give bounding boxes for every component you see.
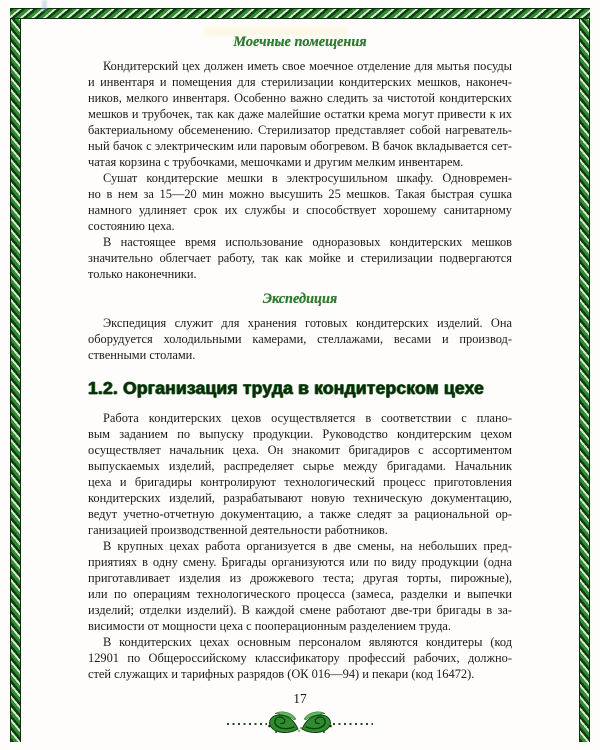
text-line: ников, мелкого инвентаря. Особенно важно… xyxy=(88,90,512,106)
text-line: бактериальному обсеменению. Стерилизатор… xyxy=(88,122,512,138)
text-line: оборудуется холодильными камерами, стелл… xyxy=(88,331,512,347)
leaf-scroll-left xyxy=(268,712,298,733)
text-line: приятиях в одну смену. Бригады организую… xyxy=(88,554,512,570)
text-line: Сушат кондитерские мешки в электросушиль… xyxy=(88,170,512,186)
text-line: 12901 по Общероссийскому классификатору … xyxy=(88,650,512,666)
text-line: мешков и трубочек, так как даже малейшие… xyxy=(88,106,512,122)
text-line: цеха и бригадиры контролируют технологич… xyxy=(88,474,512,490)
decorative-border-right xyxy=(579,8,590,742)
green-subheading: Моечные помещения xyxy=(88,33,512,51)
text-line: кондитерских изделий, разрабатывают нову… xyxy=(88,490,512,506)
center-dot xyxy=(298,730,300,732)
text-line: стей служащих и тарифных разрядов (ОК 01… xyxy=(88,666,512,682)
text-line: выпускаемых изделий, распределяет сырье … xyxy=(88,458,512,474)
page-number: 17 xyxy=(0,691,600,707)
text-line: Кондитерский цех должен иметь свое моечн… xyxy=(88,58,512,74)
text-line: висимости от мощности цеха с пооперацион… xyxy=(88,618,512,634)
text-line: значительно облегчает работу, так как мо… xyxy=(88,250,512,266)
text-line: приготавливает изделия из дрожжевого тес… xyxy=(88,570,512,586)
scan-artifact xyxy=(42,0,47,11)
page-content: Моечные помещенияКондитерский цех должен… xyxy=(88,33,512,682)
section-heading: 1.2. Организация труда в кондитерском це… xyxy=(88,377,512,399)
green-subheading: Экспедиция xyxy=(88,290,512,308)
text-line: В настоящее время использование одноразо… xyxy=(88,234,512,250)
text-line: Работа кондитерских цехов осуществляется… xyxy=(88,410,512,426)
paragraph: Кондитерский цех должен иметь свое моечн… xyxy=(88,58,512,170)
decorative-border-top xyxy=(10,8,590,19)
text-line: осуществляет начальник цеха. Он знакомит… xyxy=(88,442,512,458)
book-page: Моечные помещенияКондитерский цех должен… xyxy=(0,0,600,750)
paragraph: Сушат кондитерские мешки в электросушиль… xyxy=(88,170,512,234)
text-line: ный бачок с электрическим или паровым об… xyxy=(88,138,512,154)
text-line: чатая корзина с трубочками, мешочками и … xyxy=(88,154,512,170)
text-line: ганизацией производственной деятельности… xyxy=(88,522,512,538)
text-line: состоянию цеха. xyxy=(88,218,512,234)
paragraph: Экспедиция служит для хранения готовых к… xyxy=(88,315,512,363)
text-line: Экспедиция служит для хранения готовых к… xyxy=(88,315,512,331)
text-line: и инвентаря и помещения для стерилизации… xyxy=(88,74,512,90)
text-line: только наконечники. xyxy=(88,266,512,282)
floral-ornament-svg xyxy=(225,707,375,737)
text-line: но в нем за 15—20 мин можно высушить 25 … xyxy=(88,186,512,202)
paragraph: В настоящее время использование одноразо… xyxy=(88,234,512,282)
text-line: В крупных цехах работа организуется в дв… xyxy=(88,538,512,554)
text-line: В кондитерских цехах основным персоналом… xyxy=(88,634,512,650)
text-line: ственными столами. xyxy=(88,347,512,363)
text-line: намного удлиняет срок их службы и способ… xyxy=(88,202,512,218)
decorative-border-left xyxy=(10,8,21,742)
text-line: ведут учетно-отчетную документацию, а та… xyxy=(88,506,512,522)
center-dot xyxy=(300,727,302,729)
text-line: или по операциям технологического процес… xyxy=(88,586,512,602)
text-line: вым заданием по выпуску продукции. Руков… xyxy=(88,426,512,442)
text-line: изделий; отделки изделий). В каждой смен… xyxy=(88,602,512,618)
paragraph: В кондитерских цехах основным персоналом… xyxy=(88,634,512,682)
paragraph: Работа кондитерских цехов осуществляется… xyxy=(88,410,512,538)
leaf-scroll-right xyxy=(302,712,332,733)
paragraph: В крупных цехах работа организуется в дв… xyxy=(88,538,512,634)
floral-divider-icon xyxy=(225,707,375,737)
